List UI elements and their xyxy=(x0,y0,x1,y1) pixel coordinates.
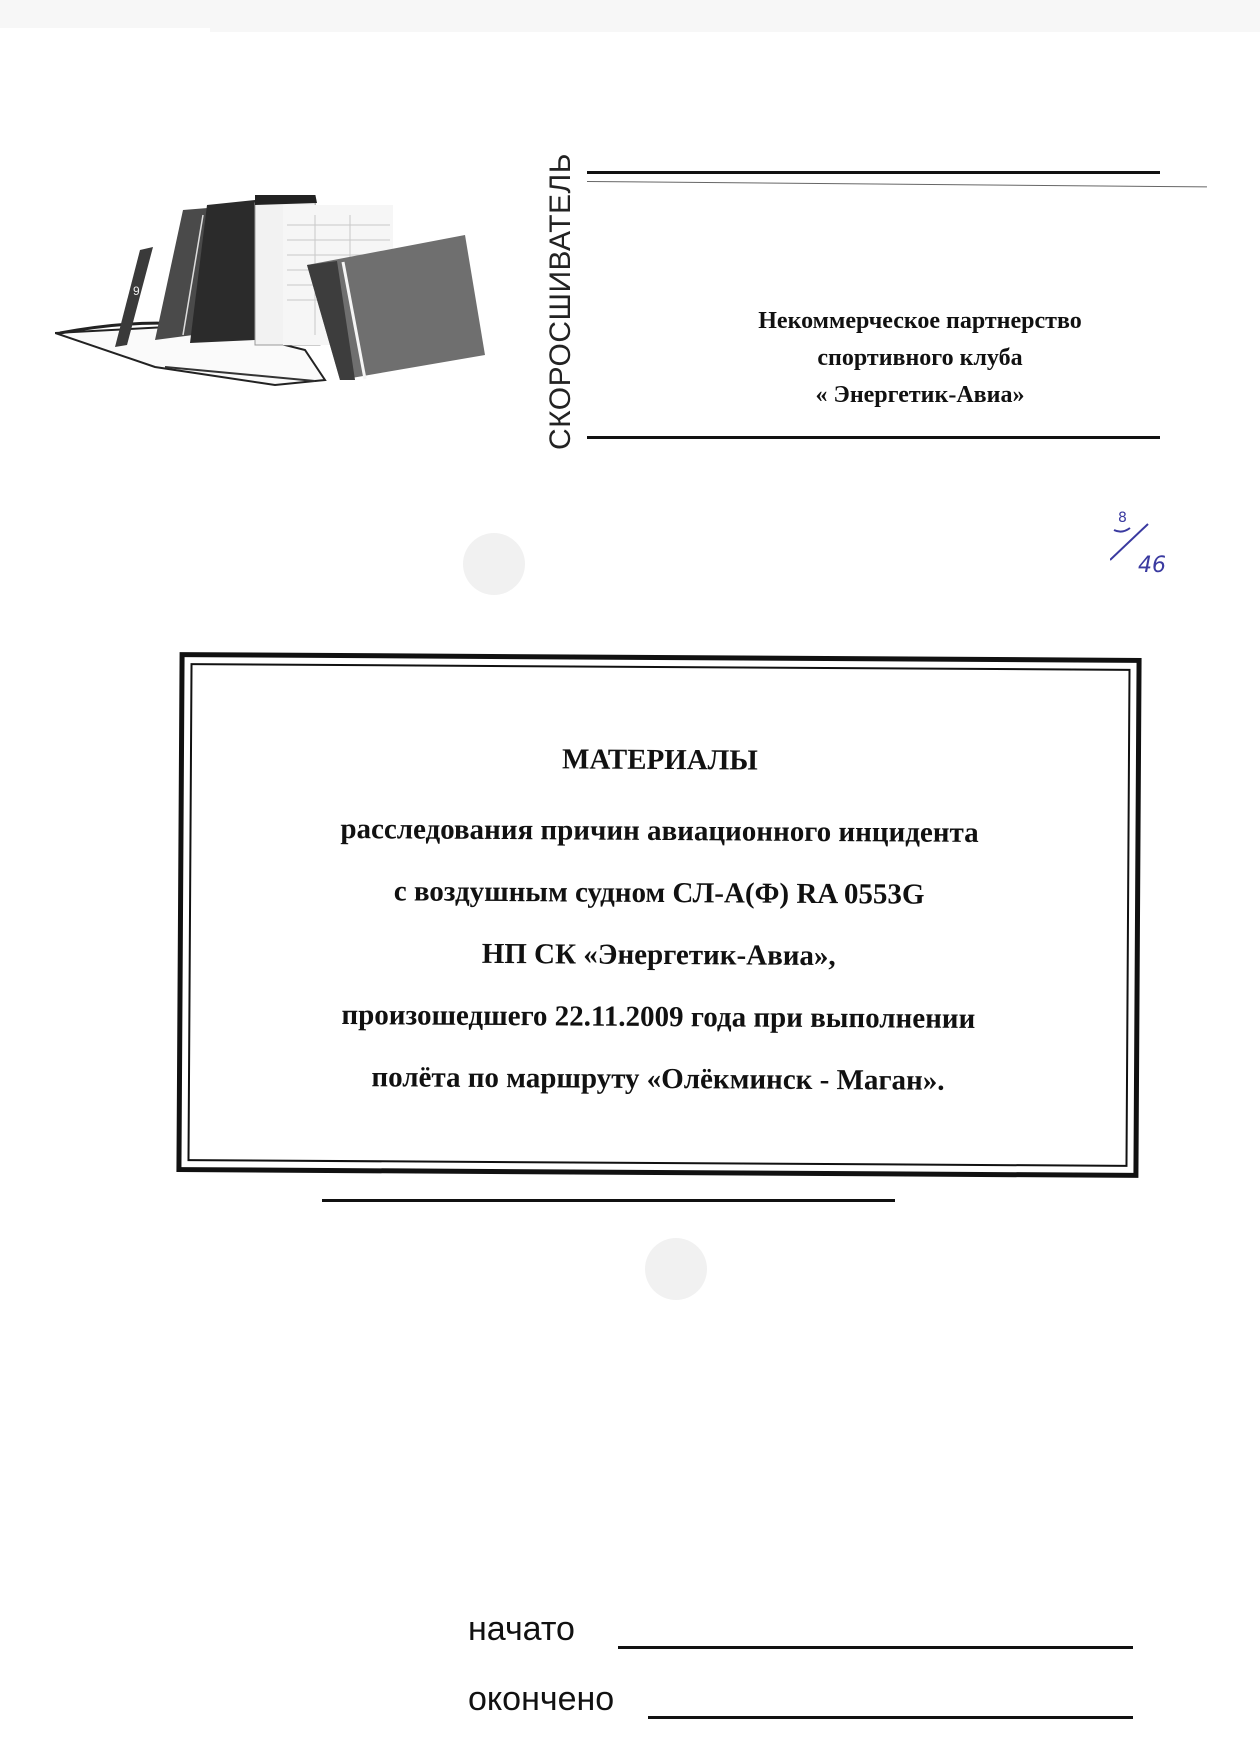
blank-line xyxy=(322,1199,895,1202)
header-top-rule-thin xyxy=(587,181,1207,187)
document-subtitle-line: полёта по маршруту «Олёкминск - Маган». xyxy=(182,1045,1134,1113)
header-top-rule xyxy=(587,171,1160,174)
scan-edge xyxy=(0,0,1260,28)
folder-type-label: СКОРОСШИВАТЕЛЬ xyxy=(545,150,577,450)
organization-line: « Энергетик-Авиа» xyxy=(700,377,1140,414)
books-illustration-icon: 9 xyxy=(55,195,505,395)
document-subtitle-line: с воздушным судном СЛ-А(Ф) RA 0553G xyxy=(183,859,1135,927)
document-subtitle-line: произошедшего 22.11.2009 года при выполн… xyxy=(182,983,1134,1051)
scan-edge xyxy=(210,28,1260,32)
organization-line: спортивного клуба xyxy=(700,340,1140,377)
header-bottom-rule xyxy=(587,436,1160,439)
started-label: начато xyxy=(468,1610,575,1649)
finished-label: окончено xyxy=(468,1680,614,1719)
organization-name: Некоммерческое партнерство спортивного к… xyxy=(700,303,1140,414)
organization-line: Некоммерческое партнерство xyxy=(700,303,1140,340)
finished-date-field[interactable] xyxy=(648,1716,1133,1719)
started-date-field[interactable] xyxy=(618,1646,1133,1649)
svg-text:8: 8 xyxy=(1118,510,1127,526)
title-frame: МАТЕРИАЛЫ расследования причин авиационн… xyxy=(176,652,1141,1178)
scan-hole-mark xyxy=(645,1238,707,1300)
scan-hole-mark xyxy=(463,533,525,595)
svg-text:46: 46 xyxy=(1138,553,1166,578)
svg-text:9: 9 xyxy=(133,284,140,298)
document-subtitle-line: расследования причин авиационного инциде… xyxy=(183,797,1135,865)
document-title: МАТЕРИАЛЫ xyxy=(184,737,1136,783)
document-subtitle-line: НП СК «Энергетик-Авиа», xyxy=(183,921,1135,989)
title-block: МАТЕРИАЛЫ расследования причин авиационн… xyxy=(182,737,1136,1113)
handwritten-page-number-icon: 8 46 xyxy=(1110,500,1190,580)
